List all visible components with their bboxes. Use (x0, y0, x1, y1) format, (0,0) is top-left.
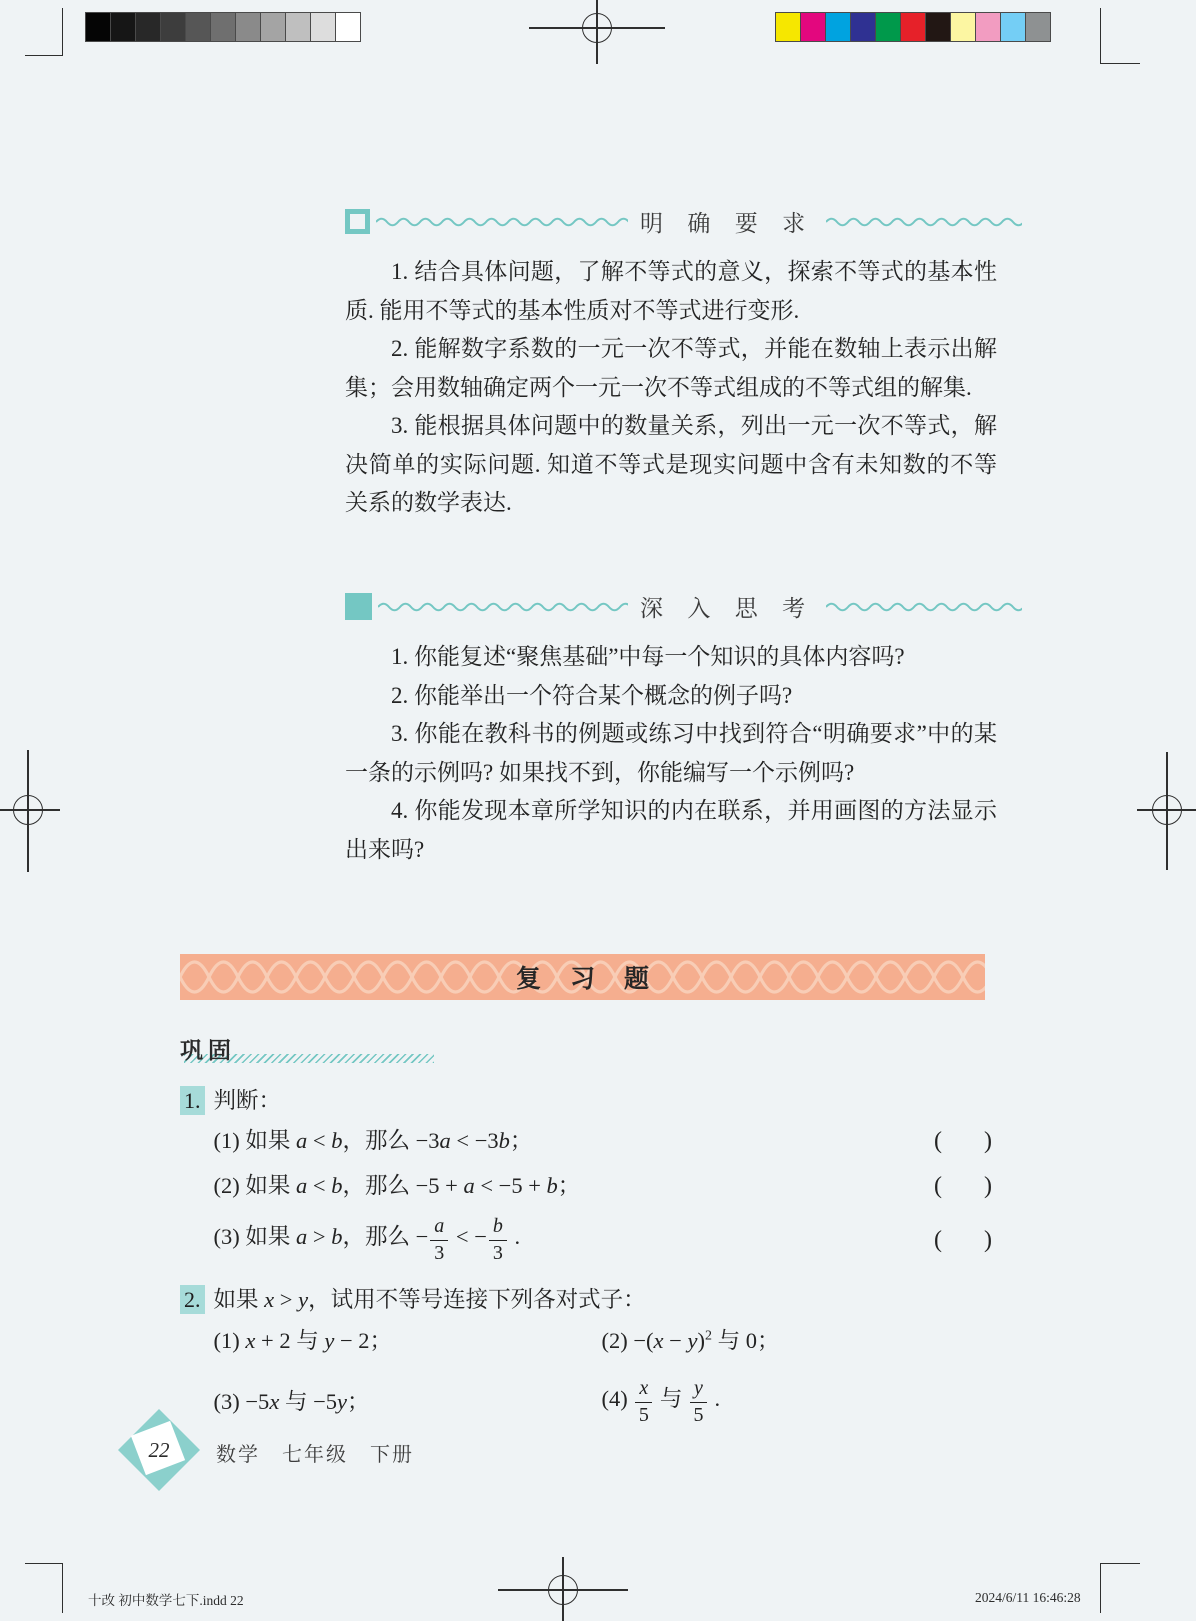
answer-blank: () (934, 1220, 992, 1260)
exercise-1-body: 判断： (1) 如果 a < b，那么 −3a < −3b； () (2) 如果… (214, 1086, 993, 1265)
exercise-item-text: (2) −(x − y)2 与 0； (602, 1321, 780, 1361)
wavy-line (378, 600, 628, 614)
grayscale-swatch (260, 12, 286, 42)
exercise-number-badge: 2. (180, 1285, 205, 1314)
color-swatch (950, 12, 976, 42)
exercise-prompt: 判断： (214, 1086, 993, 1116)
grayscale-swatch (110, 12, 136, 42)
exercise-item-text: (1) x + 2 与 y − 2； (214, 1321, 393, 1361)
exercise-item: (3) 如果 a > b，那么 −a3 < −b3 . () (214, 1215, 993, 1265)
page-number-badge: 22 (116, 1406, 202, 1494)
exercise-1: 1. 判断： (1) 如果 a < b，那么 −3a < −3b； () (2)… (180, 1086, 992, 1265)
exercise-list: 1. 判断： (1) 如果 a < b，那么 −3a < −3b； () (2)… (180, 1086, 992, 1427)
wavy-line (376, 215, 628, 229)
grayscale-bar (85, 12, 361, 42)
color-swatch (775, 12, 801, 42)
wavy-line (826, 215, 1022, 229)
crop-mark-top-left (25, 8, 63, 56)
exercise-item: (3) −5x 与 −5y； (214, 1377, 602, 1427)
paragraph: 3. 你能在教科书的例题或练习中找到符合“明确要求”中的某一条的示例吗? 如果找… (345, 715, 997, 792)
page-number: 22 (116, 1406, 202, 1494)
exercise-item: (1) 如果 a < b，那么 −3a < −3b； () (214, 1121, 993, 1161)
grayscale-swatch (185, 12, 211, 42)
exercise-2-body: 如果 x > y，试用不等号连接下列各对式子： (1) x + 2 与 y − … (214, 1285, 993, 1427)
answer-paren-open: ( (934, 1220, 942, 1260)
exercise-2: 2. 如果 x > y，试用不等号连接下列各对式子： (1) x + 2 与 y… (180, 1285, 992, 1427)
paragraph: 2. 能解数字系数的一元一次不等式，并能在数轴上表示出解集；会用数轴确定两个一元… (345, 330, 997, 407)
textbook-page: 明 确 要 求 1. 结合具体问题，了解不等式的意义，探索不等式的基本性质. 能… (0, 0, 1196, 1621)
color-swatch (825, 12, 851, 42)
exercise-prompt: 如果 x > y，试用不等号连接下列各对式子： (214, 1285, 993, 1315)
exercise-item: (2) −(x − y)2 与 0； (602, 1321, 993, 1361)
paragraph: 1. 你能复述“聚焦基础”中每一个知识的具体内容吗? (345, 638, 997, 677)
exercise-2-grid: (1) x + 2 与 y − 2； (2) −(x − y)2 与 0； (3… (214, 1321, 993, 1427)
section-title: 明 确 要 求 (634, 205, 820, 238)
section-requirements-header: 明 确 要 求 (345, 205, 997, 238)
print-footer-timestamp: 2024/6/11 16:46:28 (975, 1590, 1081, 1606)
paragraph: 2. 你能举出一个符合某个概念的例子吗? (345, 677, 997, 716)
print-footer-filename: 十改 初中数学七下.indd 22 (88, 1589, 244, 1609)
answer-paren-open: ( (934, 1121, 942, 1161)
color-bar (775, 12, 1051, 42)
color-swatch (850, 12, 876, 42)
grayscale-swatch (210, 12, 236, 42)
grayscale-swatch (285, 12, 311, 42)
section-title: 深 入 思 考 (634, 590, 820, 623)
grayscale-swatch (310, 12, 336, 42)
crop-mark-bottom-left (25, 1563, 63, 1613)
book-title: 数学 七年级 下册 (216, 1438, 414, 1467)
answer-paren-close: ) (984, 1121, 992, 1161)
section-requirements: 明 确 要 求 1. 结合具体问题，了解不等式的意义，探索不等式的基本性质. 能… (345, 205, 997, 523)
answer-blank: () (934, 1121, 992, 1161)
filled-square-icon (345, 593, 372, 620)
color-swatch (1025, 12, 1051, 42)
color-swatch (925, 12, 951, 42)
exercise-item-text: (2) 如果 a < b，那么 −5 + a < −5 + b； (214, 1166, 581, 1206)
exercise-item: (2) 如果 a < b，那么 −5 + a < −5 + b； () (214, 1166, 993, 1206)
color-swatch (875, 12, 901, 42)
answer-paren-open: ( (934, 1166, 942, 1206)
wavy-line (826, 600, 1022, 614)
review-banner-title: 复 习 题 (505, 959, 660, 995)
paragraph: 4. 你能发现本章所学知识的内在联系，并用画图的方法显示出来吗? (345, 792, 997, 869)
crop-mark-top-right (1100, 8, 1140, 64)
paragraph: 3. 能根据具体问题中的数量关系，列出一元一次不等式，解决简单的实际问题. 知道… (345, 407, 997, 523)
exercise-number-badge: 1. (180, 1086, 205, 1115)
grayscale-swatch (335, 12, 361, 42)
subsection-title: 巩固 (180, 1037, 236, 1063)
section-thinking: 深 入 思 考 1. 你能复述“聚焦基础”中每一个知识的具体内容吗? 2. 你能… (345, 590, 997, 869)
grayscale-swatch (135, 12, 161, 42)
grayscale-swatch (160, 12, 186, 42)
answer-paren-close: ) (984, 1220, 992, 1260)
answer-blank: () (934, 1166, 992, 1206)
color-swatch (975, 12, 1001, 42)
color-swatch (900, 12, 926, 42)
color-swatch (1000, 12, 1026, 42)
exercise-item-text: (4) x5 与 y5 . (602, 1377, 721, 1427)
exercise-item-text: (3) −5x 与 −5y； (214, 1382, 370, 1422)
section-thinking-header: 深 入 思 考 (345, 590, 997, 623)
grayscale-swatch (235, 12, 261, 42)
answer-paren-close: ) (984, 1166, 992, 1206)
paragraph: 1. 结合具体问题，了解不等式的意义，探索不等式的基本性质. 能用不等式的基本性… (345, 253, 997, 330)
exercise-item-text: (3) 如果 a > b，那么 −a3 < −b3 . (214, 1215, 521, 1265)
exercise-item-text: (1) 如果 a < b，那么 −3a < −3b； (214, 1121, 533, 1161)
review-banner: 复 习 题 (180, 954, 985, 1000)
open-square-icon (345, 209, 370, 234)
exercise-item: (4) x5 与 y5 . (602, 1377, 993, 1427)
crop-mark-bottom-right (1100, 1563, 1140, 1613)
grayscale-swatch (85, 12, 111, 42)
subsection-consolidate: 巩固 (180, 1032, 236, 1066)
color-swatch (800, 12, 826, 42)
exercise-item: (1) x + 2 与 y − 2； (214, 1321, 602, 1361)
